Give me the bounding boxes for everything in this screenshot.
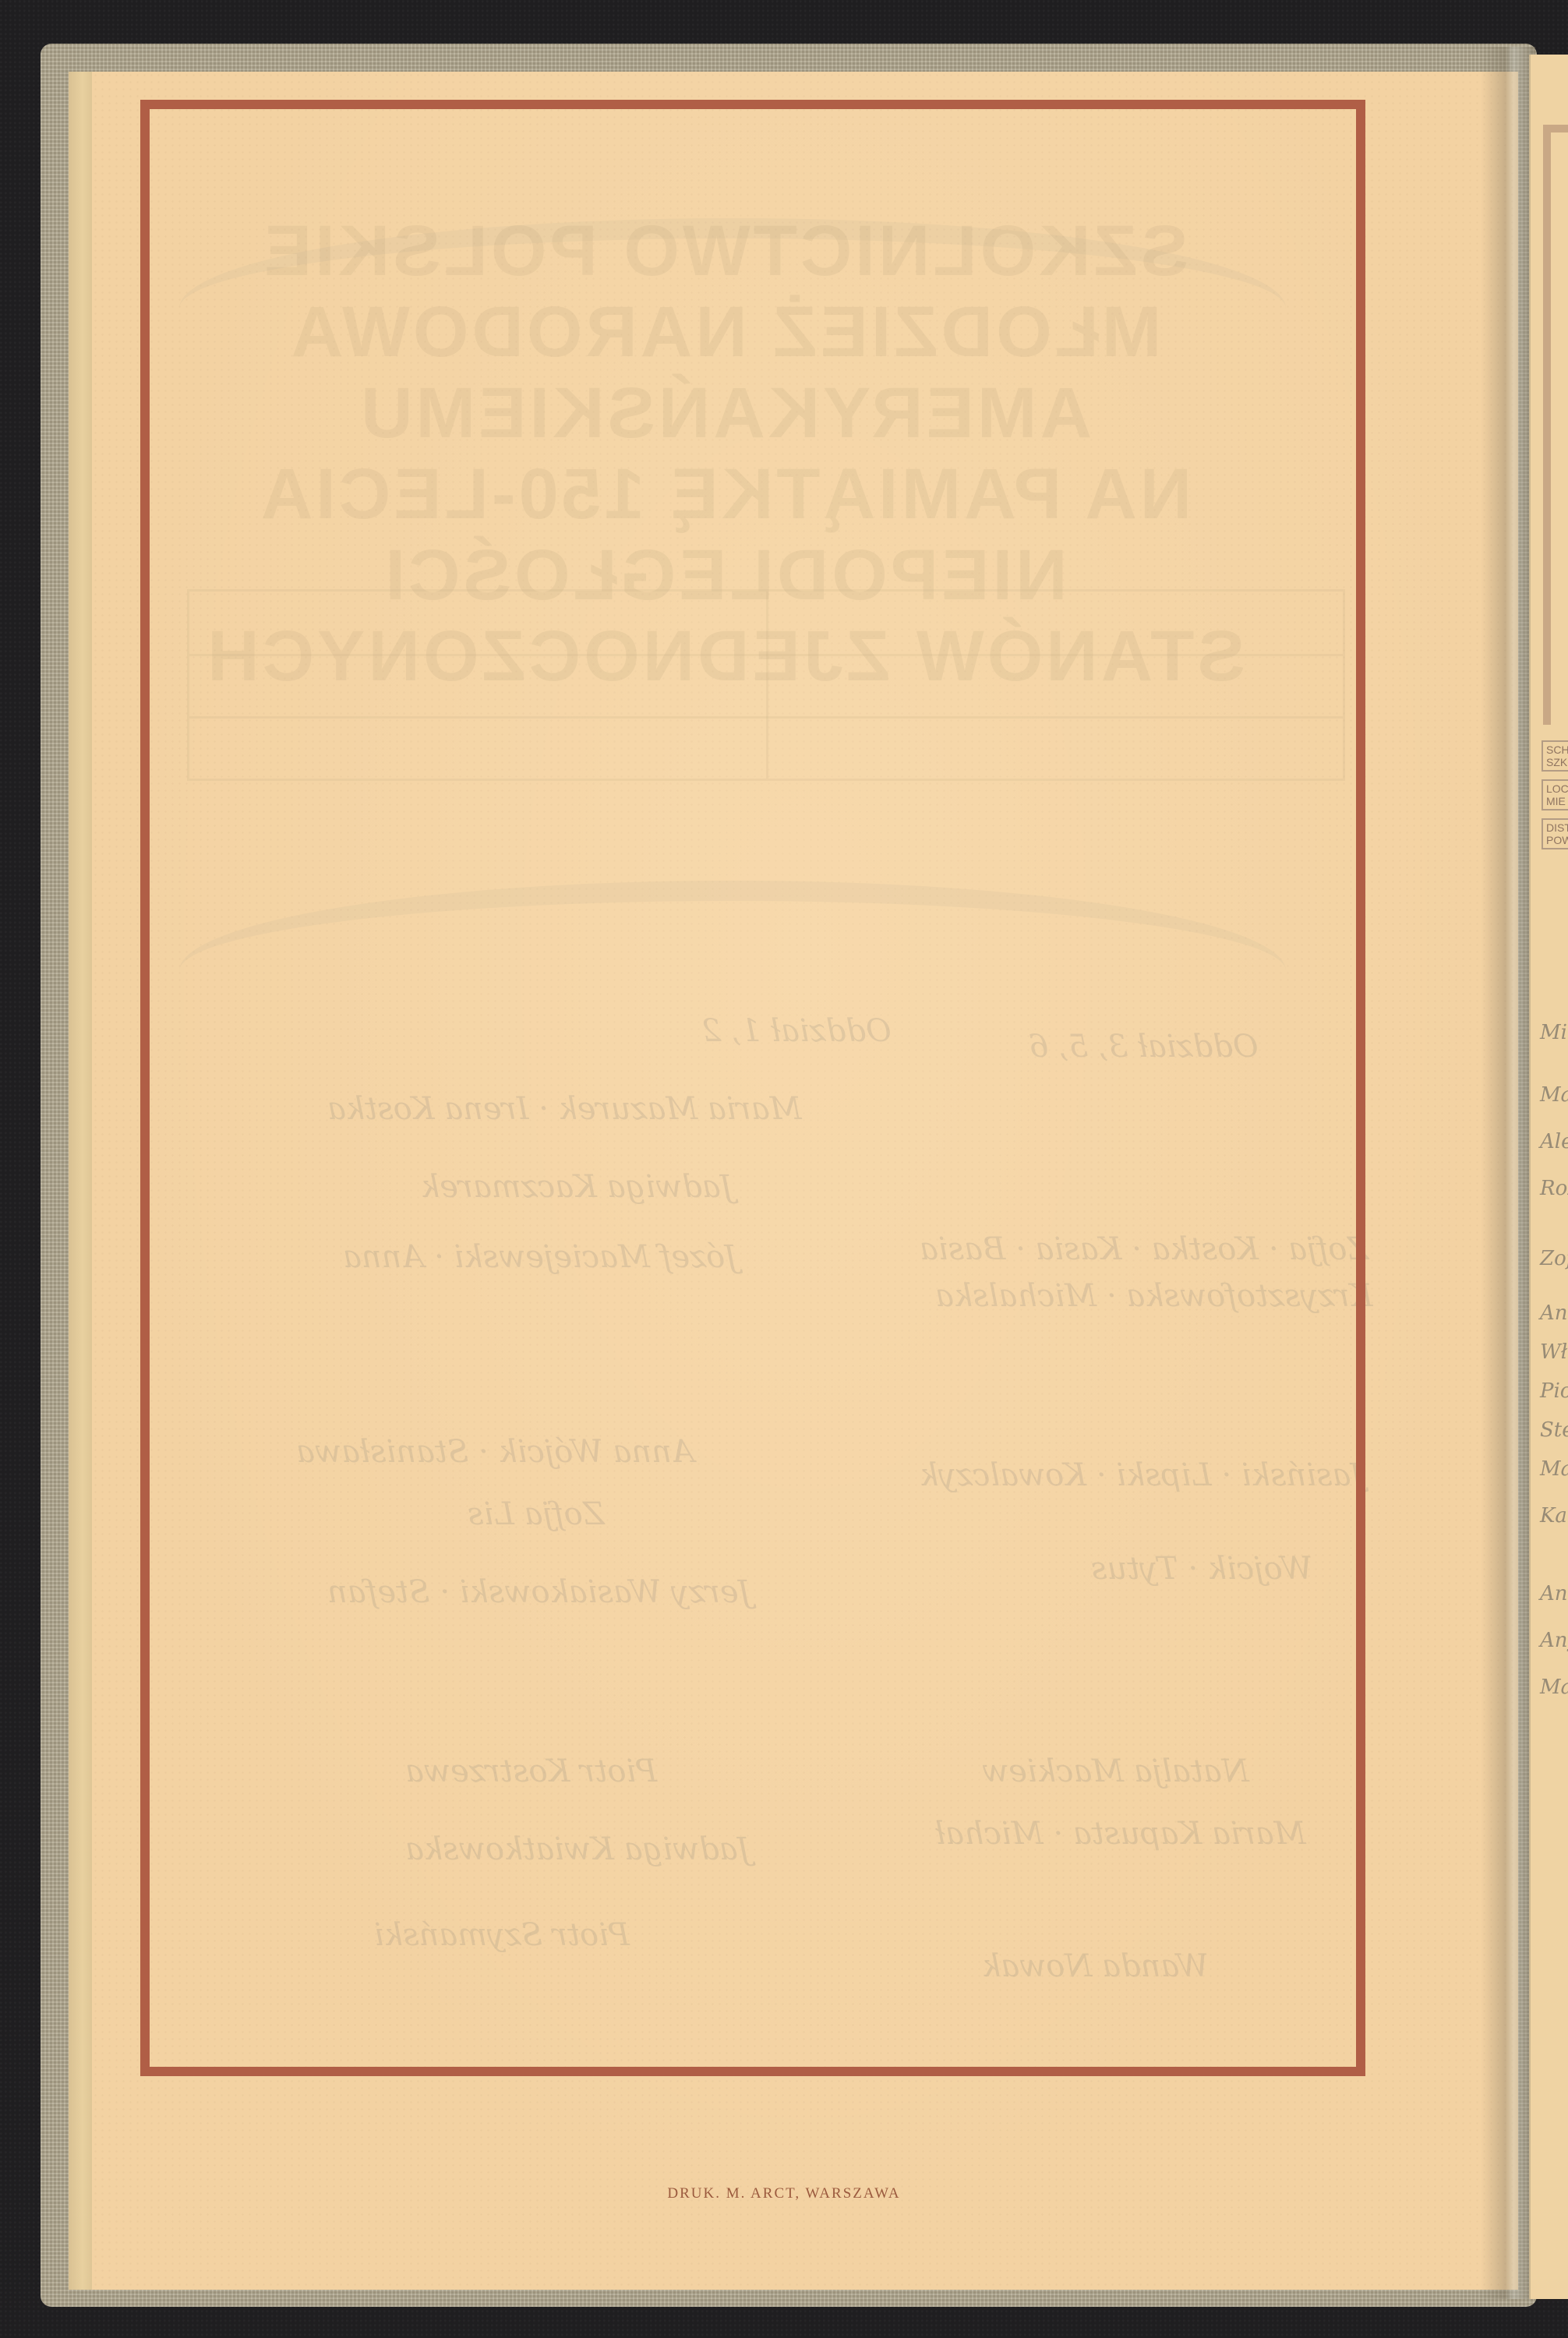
adjacent-handwriting: Ale xyxy=(1540,1130,1568,1153)
adjacent-label: SCHO SZKO xyxy=(1542,740,1568,772)
adjacent-handwriting: Kat xyxy=(1540,1504,1568,1527)
gutter-shadow xyxy=(1481,47,1535,2299)
adjacent-handwriting: Ma xyxy=(1540,1083,1568,1107)
printer-imprint: DRUK. M. ARCT, WARSZAWA xyxy=(0,2185,1568,2202)
adjacent-handwriting: Piot xyxy=(1540,1379,1568,1403)
adjacent-handwriting: Any xyxy=(1540,1629,1568,1652)
adjacent-label: LOC MIE xyxy=(1542,779,1568,811)
printed-border-frame xyxy=(140,100,1365,2076)
adjacent-handwriting: Roz xyxy=(1540,1177,1568,1200)
adjacent-handwriting: Zof xyxy=(1540,1247,1568,1270)
adjacent-handwriting: Mar xyxy=(1540,1457,1568,1481)
adjacent-label: DIST POW xyxy=(1542,818,1568,849)
adjacent-handwriting: Ma xyxy=(1540,1676,1568,1699)
adjacent-handwriting: Stef xyxy=(1540,1418,1568,1442)
adjacent-handwriting: Ann xyxy=(1540,1301,1568,1325)
adjacent-handwriting: Mi xyxy=(1540,1021,1567,1044)
adjacent-page-edge: SCHO SZKO LOC MIE DIST POW Mi Ma Ale Roz… xyxy=(1529,55,1568,2299)
adjacent-ornament xyxy=(1543,125,1568,725)
adjacent-handwriting: Wła xyxy=(1540,1340,1568,1364)
adjacent-handwriting: Ant xyxy=(1540,1582,1568,1605)
